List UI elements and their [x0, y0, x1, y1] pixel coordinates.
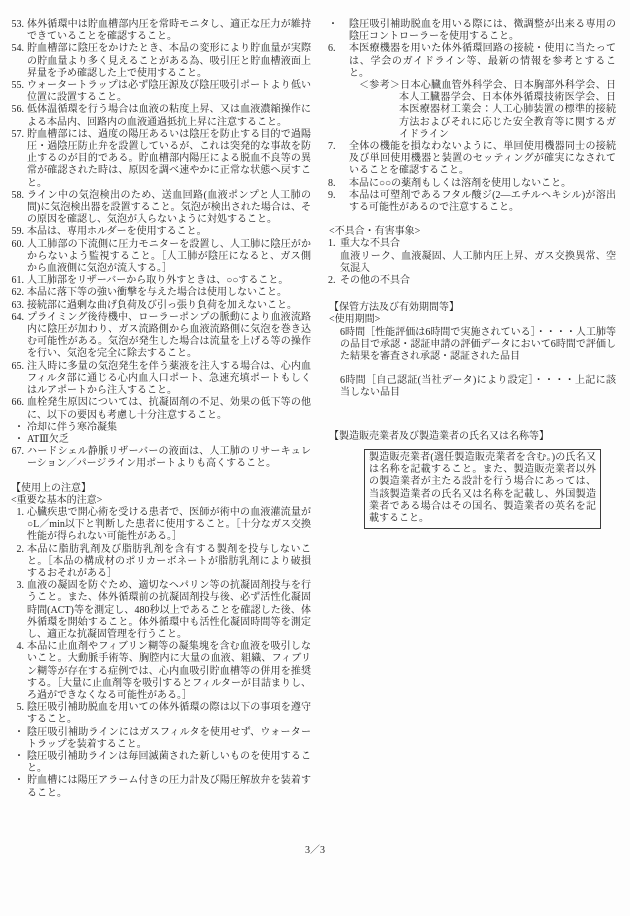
item-number: 61.	[9, 275, 24, 287]
page-footer: 3／3	[0, 845, 630, 857]
item-text: 本品は、専用ホルダーを使用すること。	[9, 226, 311, 238]
item-text: 【保管方法及び有効期間等】	[327, 302, 616, 314]
bullet-item: ・貯血槽には陽圧アラーム付きの圧力計及び陽圧解放弁を装着すること。	[9, 775, 311, 799]
item-text: <使用期間>	[327, 314, 616, 326]
item-number: 57.	[9, 129, 24, 141]
item-text: 本品に脂肪乳剤及び脂肪乳剤を含有する製剤を投与しないこと。［本品の構成材のポリカ…	[9, 544, 311, 581]
numbered-item: 62.本品に落下等の強い衝撃を与えた場合は使用しないこと。	[9, 287, 311, 299]
item-number: 59.	[9, 226, 24, 238]
item-text: 6時間［性能評価は6時間で実施されている］・・・・人工肺等の品目で承認・認証申請…	[327, 327, 616, 364]
numbered-item: 65.注入時に多量の気泡発生を伴う薬液を注入する場合は、心内血フィルタ部に通じる…	[9, 361, 311, 398]
item-text: 血栓発生原因については、抗凝固剤の不足、効果の低下等の他に、以下の要因も考慮し十…	[9, 397, 311, 421]
item-text: 血液リーク、血液凝固、人工肺内圧上昇、ガス交換異常、空気混入	[327, 251, 616, 275]
bullet-marker: ・	[328, 19, 342, 31]
numbered-item: 5.陰圧吸引補助脱血を用いての体外循環の際は以下の事項を遵守すること。	[9, 702, 311, 726]
item-number: 2.	[9, 544, 24, 556]
section-heading: 【保管方法及び有効期間等】	[327, 302, 616, 314]
bullet-marker: ・	[9, 422, 24, 434]
left-column: 53.体外循環中は貯血槽部内圧を常時モニタし、適正な圧力が維持できていることを確…	[9, 19, 311, 800]
bullet-item: ・陰圧吸引補助脱血を用いる際には、微調整が出来る専用の陰圧コントローラーを使用す…	[327, 19, 616, 43]
item-number: 65.	[9, 361, 24, 373]
item-text: 陰圧吸引補助脱血を用いる際には、微調整が出来る専用の陰圧コントローラーを使用する…	[327, 19, 616, 43]
numbered-item: 1.心臓疾患で開心術を受ける患者で、医師が術中の血液灌流量が○L／min以下と判…	[9, 507, 311, 544]
item-number: 7.	[328, 141, 342, 153]
numbered-item: 55.ウォータートラップは必ず陰圧源及び陰圧吸引ポートより低い位置に設置すること…	[9, 80, 311, 104]
right-column: ・陰圧吸引補助脱血を用いる際には、微調整が出来る専用の陰圧コントローラーを使用す…	[327, 19, 616, 529]
item-text: 体外循環中は貯血槽部内圧を常時モニタし、適正な圧力が維持できていることを確認する…	[9, 19, 311, 43]
bullet-item: ・陰圧吸引補助ラインは毎回滅菌された新しいものを使用すること。	[9, 751, 311, 775]
item-number: 66.	[9, 397, 24, 409]
item-text: 心臓疾患で開心術を受ける患者で、医師が術中の血液灌流量が○L／min以下と判断し…	[9, 507, 311, 544]
item-text: 貯血槽部には、過度の陽圧あるいは陰圧を防止する目的で過陽圧・過陰圧防止弁を設置し…	[9, 129, 311, 190]
item-text: <不具合・有害事象>	[327, 226, 616, 238]
section-heading: 【使用上の注意】	[9, 483, 311, 495]
item-text: 【使用上の注意】	[9, 483, 311, 495]
item-text: 貯血槽部に陰圧をかけたとき、本品の変形により貯血量が実際の貯血量より多く見えるこ…	[9, 43, 311, 80]
item-text: 6時間［自己認証(当社データ)により設定］・・・・上記に該当しない品目	[327, 375, 616, 399]
numbered-item: 2.その他の不具合	[327, 275, 616, 287]
item-text: 陰圧吸引補助ラインにはガスフィルタを使用せず、ウォータートラップを装着すること。	[9, 727, 311, 751]
numbered-item: 64.プライミング後待機中、ローラーポンプの脈動により血液流路内に陰圧が加わり、…	[9, 312, 311, 361]
item-text: 本品は可塑剤であるフタル酸ジ(2―エチルヘキシル)が溶出する可能性があるので注意…	[327, 190, 616, 214]
item-number: 63.	[9, 300, 24, 312]
numbered-item: 4.本品に止血剤やフィブリン糊等の凝集塊を含む血液を吸引しないこと。大動脈手術等…	[9, 641, 311, 702]
item-text: 人工肺部をリザーバーから取り外すときは、○○すること。	[9, 275, 311, 287]
subsection-heading: <不具合・有害事象>	[327, 226, 616, 238]
item-text: ATⅢ欠乏	[9, 434, 311, 446]
item-number: 6.	[328, 43, 342, 55]
item-number: 4.	[9, 641, 24, 653]
item-text: 接続部に過剰な曲げ負荷及び引っ張り負荷を加えないこと。	[9, 300, 311, 312]
bullet-marker: ・	[9, 727, 24, 739]
item-text: 貯血槽には陽圧アラーム付きの圧力計及び陽圧解放弁を装着すること。	[9, 775, 311, 799]
item-text: 全体の機能を損なわないように、単回使用機器同士の接続及び単回使用機器と装置のセッ…	[327, 141, 616, 178]
item-number: 1.	[9, 507, 24, 519]
numbered-item: 58.ライン中の気泡検出のため、送血回路(血液ポンプと人工肺の間)に気泡検出器を…	[9, 190, 311, 227]
item-number: 8.	[328, 178, 342, 190]
item-text: 注入時に多量の気泡発生を伴う薬液を注入する場合は、心内血フィルタ部に通じる心内血…	[9, 361, 311, 398]
numbered-item: 66.血栓発生原因については、抗凝固剤の不足、効果の低下等の他に、以下の要因も考…	[9, 397, 311, 421]
numbered-item: 6.本医療機器を用いた体外循環回路の接続・使用に当たっては、学会のガイドライン等…	[327, 43, 616, 80]
numbered-item: 60.人工肺部の下流側に圧力モニターを設置し、人工肺に陰圧がかからないよう監視す…	[9, 239, 311, 276]
item-number: 53.	[9, 19, 24, 31]
manufacturer-note-box: 製造販売業者(選任製造販売業者を含む。)の氏名又は名称を記載すること。また、製造…	[327, 449, 616, 529]
numbered-item: 57.貯血槽部には、過度の陽圧あるいは陰圧を防止する目的で過陽圧・過陰圧防止弁を…	[9, 129, 311, 190]
document-page: 53.体外循環中は貯血槽部内圧を常時モニタし、適正な圧力が維持できていることを確…	[0, 0, 630, 916]
bullet-item: ・冷却に伴う寒冷凝集	[9, 422, 311, 434]
item-number: 9.	[328, 190, 342, 202]
paragraph: 6時間［自己認証(当社データ)により設定］・・・・上記に該当しない品目	[327, 375, 616, 399]
item-text: 血液の凝固を防ぐため、適切なヘパリン等の抗凝固剤投与を行うこと。また、体外循環前…	[9, 580, 311, 641]
item-number: 62.	[9, 287, 24, 299]
numbered-item: 3.血液の凝固を防ぐため、適切なヘパリン等の抗凝固剤投与を行うこと。また、体外循…	[9, 580, 311, 641]
item-number: 5.	[9, 702, 24, 714]
numbered-item: 8.本品に○○の薬剤もしくは溶剤を使用しないこと。	[327, 178, 616, 190]
numbered-item: 59.本品は、専用ホルダーを使用すること。	[9, 226, 311, 238]
item-number: 55.	[9, 80, 24, 92]
item-text: 陰圧吸引補助脱血を用いての体外循環の際は以下の事項を遵守すること。	[9, 702, 311, 726]
item-number: 3.	[9, 580, 24, 592]
numbered-item: 53.体外循環中は貯血槽部内圧を常時モニタし、適正な圧力が維持できていることを確…	[9, 19, 311, 43]
item-text: <重要な基本的注意>	[9, 495, 311, 507]
reference-note: ＜参考＞日本心臓血管外科学会、日本胸部外科学会、日本人工臓器学会、日本体外循環技…	[327, 80, 616, 141]
item-text: その他の不具合	[327, 275, 616, 287]
numbered-item: 54.貯血槽部に陰圧をかけたとき、本品の変形により貯血量が実際の貯血量より多く見…	[9, 43, 311, 80]
item-number: 2.	[328, 275, 338, 287]
section-heading: 【製造販売業者及び製造業者の氏名又は名称等】	[327, 431, 616, 443]
numbered-item: 61.人工肺部をリザーバーから取り外すときは、○○すること。	[9, 275, 311, 287]
item-text: 本医療機器を用いた体外循環回路の接続・使用に当たっては、学会のガイドライン等、最…	[327, 43, 616, 80]
numbered-item: 67.ハードシェル静脈リザーバーの液面は、人工肺のリサーキュレーション／パージラ…	[9, 446, 311, 470]
item-number: 67.	[9, 446, 24, 458]
item-text: 冷却に伴う寒冷凝集	[9, 422, 311, 434]
item-text: ライン中の気泡検出のため、送血回路(血液ポンプと人工肺の間)に気泡検出器を設置す…	[9, 190, 311, 227]
subsection-heading: <使用期間>	[327, 314, 616, 326]
item-text: 製造販売業者(選任製造販売業者を含む。)の氏名又は名称を記載すること。また、製造…	[364, 449, 601, 529]
item-text: 低体温循環を行う場合は血液の粘度上昇、又は血液濃縮操作による本品内、回路内の血液…	[9, 104, 311, 128]
subsection-heading: <重要な基本的注意>	[9, 495, 311, 507]
numbered-item: 63.接続部に過剰な曲げ負荷及び引っ張り負荷を加えないこと。	[9, 300, 311, 312]
item-number: 1.	[328, 238, 338, 250]
numbered-item: 9.本品は可塑剤であるフタル酸ジ(2―エチルヘキシル)が溶出する可能性があるので…	[327, 190, 616, 214]
item-text: 本品に止血剤やフィブリン糊等の凝集塊を含む血液を吸引しないこと。大動脈手術等、胸…	[9, 641, 311, 702]
bullet-item: ・ATⅢ欠乏	[9, 434, 311, 446]
item-text: 本品に○○の薬剤もしくは溶剤を使用しないこと。	[327, 178, 616, 190]
item-number: 58.	[9, 190, 24, 202]
numbered-item: 2.本品に脂肪乳剤及び脂肪乳剤を含有する製剤を投与しないこと。［本品の構成材のポ…	[9, 544, 311, 581]
item-number: 54.	[9, 43, 24, 55]
paragraph: 血液リーク、血液凝固、人工肺内圧上昇、ガス交換異常、空気混入	[327, 251, 616, 275]
item-text: 本品に落下等の強い衝撃を与えた場合は使用しないこと。	[9, 287, 311, 299]
bullet-marker: ・	[9, 775, 24, 787]
bullet-marker: ・	[9, 434, 24, 446]
item-text: ＜参考＞日本心臓血管外科学会、日本胸部外科学会、日本人工臓器学会、日本体外循環技…	[359, 80, 616, 141]
item-text: 人工肺部の下流側に圧力モニターを設置し、人工肺に陰圧がかからないよう監視すること…	[9, 239, 311, 276]
numbered-item: 7.全体の機能を損なわないように、単回使用機器同士の接続及び単回使用機器と装置の…	[327, 141, 616, 178]
bullet-item: ・陰圧吸引補助ラインにはガスフィルタを使用せず、ウォータートラップを装着すること…	[9, 727, 311, 751]
bullet-marker: ・	[9, 751, 24, 763]
item-text: 【製造販売業者及び製造業者の氏名又は名称等】	[327, 431, 616, 443]
item-number: 64.	[9, 312, 24, 324]
item-number: 60.	[9, 239, 24, 251]
item-text: プライミング後待機中、ローラーポンプの脈動により血液流路内に陰圧が加わり、ガス流…	[9, 312, 311, 361]
item-text: ハードシェル静脈リザーバーの液面は、人工肺のリサーキュレーション／パージライン用…	[9, 446, 311, 470]
page-number: 3／3	[305, 845, 325, 856]
numbered-item: 56.低体温循環を行う場合は血液の粘度上昇、又は血液濃縮操作による本品内、回路内…	[9, 104, 311, 128]
paragraph: 6時間［性能評価は6時間で実施されている］・・・・人工肺等の品目で承認・認証申請…	[327, 327, 616, 364]
item-text: 陰圧吸引補助ラインは毎回滅菌された新しいものを使用すること。	[9, 751, 311, 775]
numbered-item: 1.重大な不具合	[327, 238, 616, 250]
item-text: 重大な不具合	[327, 238, 616, 250]
item-number: 56.	[9, 104, 24, 116]
item-text: ウォータートラップは必ず陰圧源及び陰圧吸引ポートより低い位置に設置すること。	[9, 80, 311, 104]
